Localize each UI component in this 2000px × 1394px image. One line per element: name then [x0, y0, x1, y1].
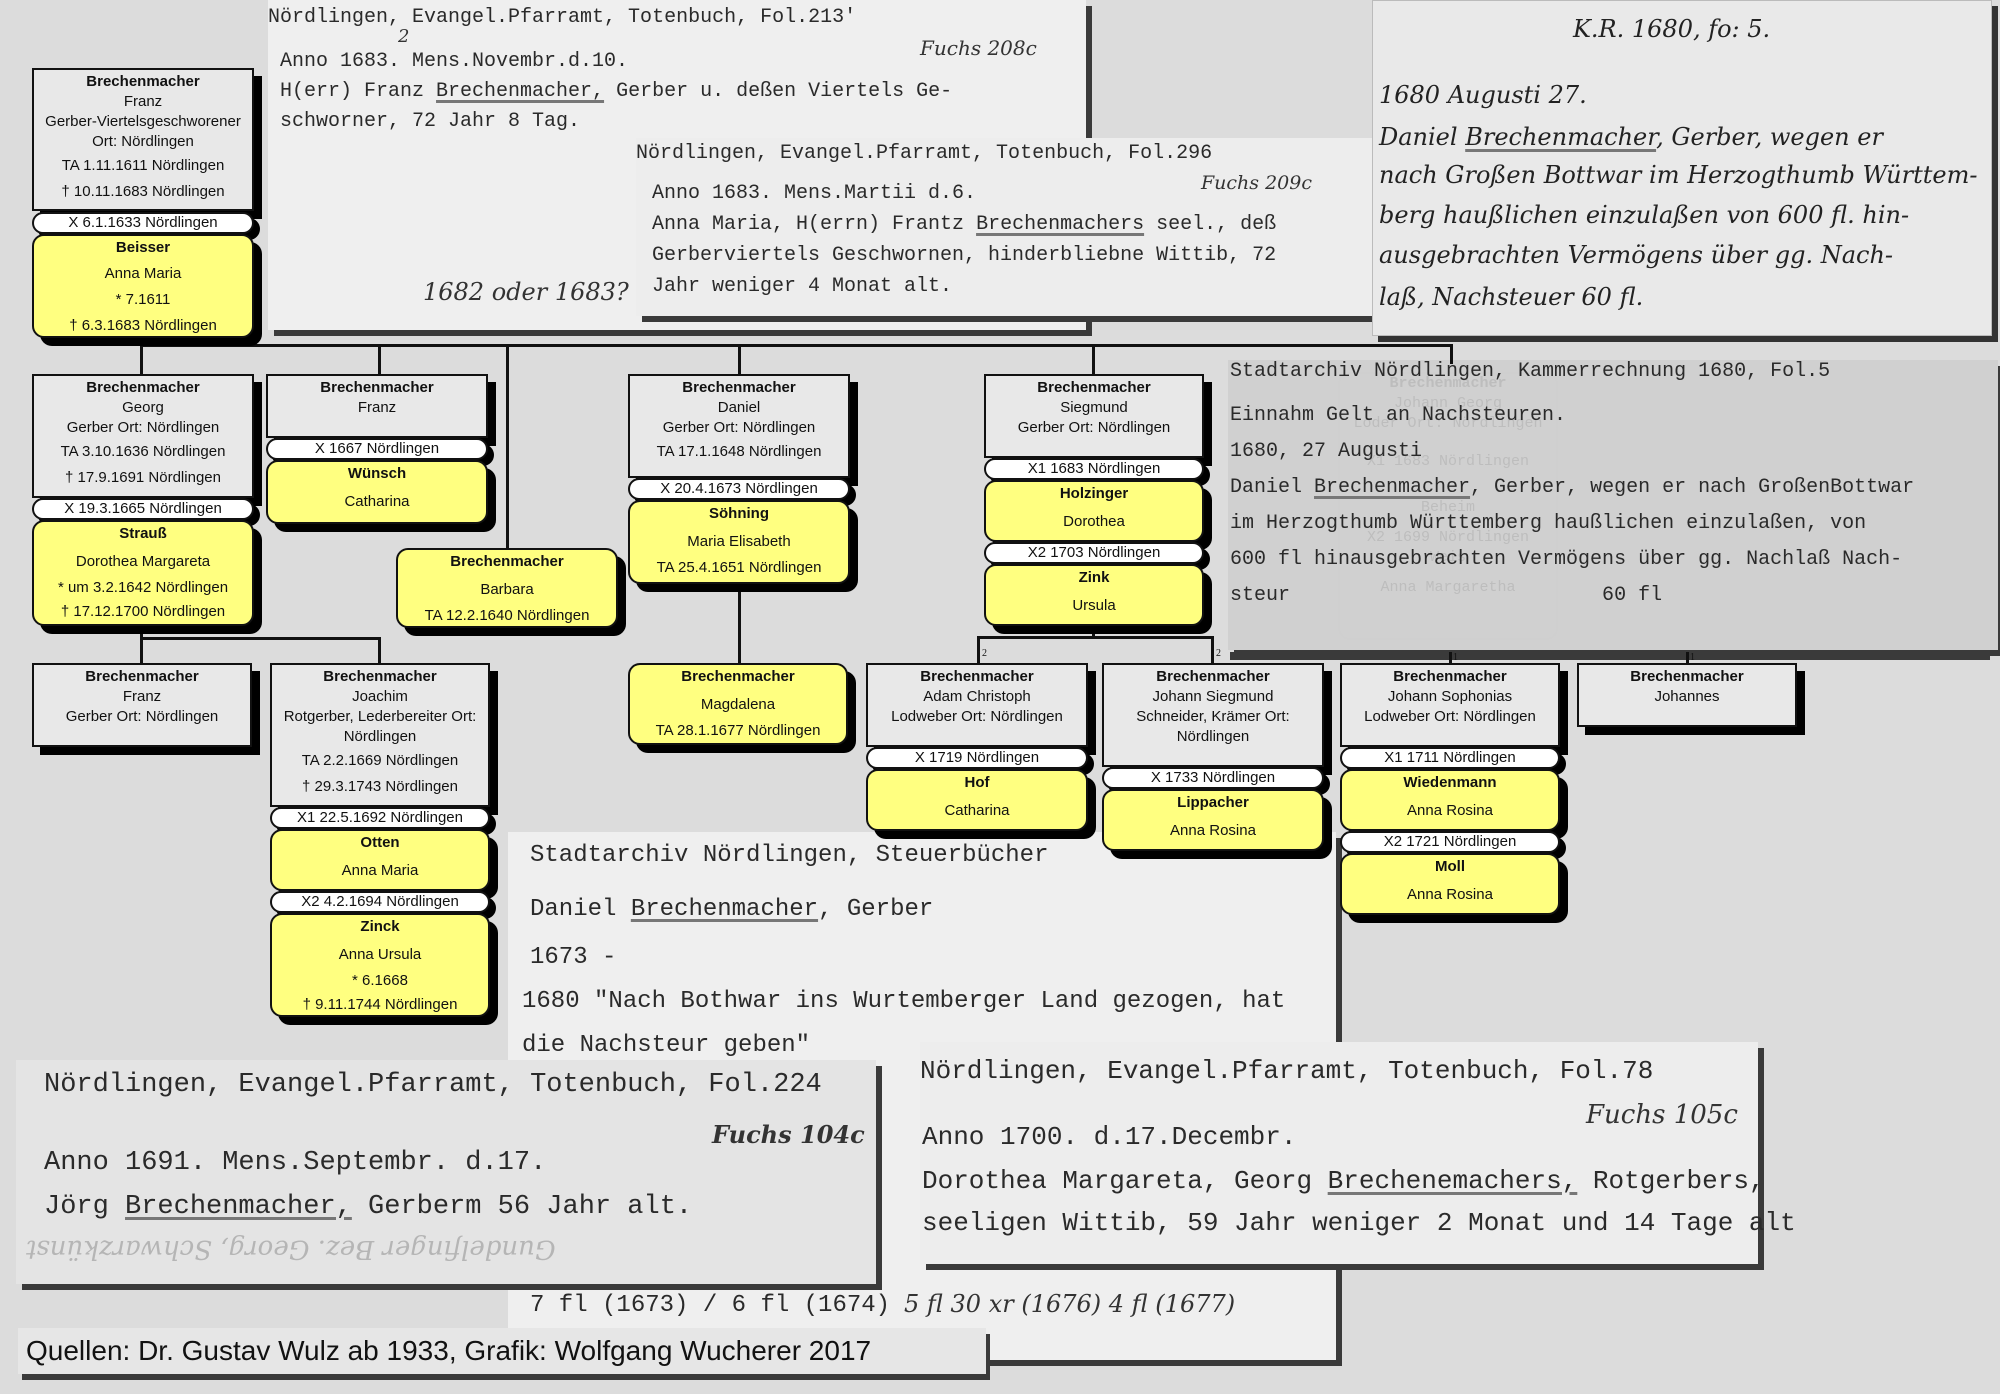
- occupation: Gerber Ort: Nördlingen: [34, 707, 250, 727]
- connector: [378, 637, 381, 665]
- spouse-hof[interactable]: Hof Catharina: [866, 769, 1088, 831]
- doc-archive-note: Fuchs 209c: [1201, 172, 1312, 194]
- document-totenbuch-224: Nördlingen, Evangel.Pfarramt, Totenbuch,…: [16, 1060, 876, 1284]
- person-magdalena[interactable]: Brechenmacher Magdalena TA 28.1.1677 Nör…: [628, 663, 848, 745]
- spouse-otten[interactable]: Otten Anna Maria: [270, 829, 490, 891]
- surname: Brechenmacher: [268, 378, 486, 398]
- given-name: Daniel: [630, 398, 848, 418]
- place: Ort: Nördlingen: [34, 132, 252, 152]
- doc-line: nach Großen Bottwar im Herzogthumb Württ…: [1379, 161, 1977, 189]
- doc-line: 1680 "Nach Bothwar ins Wurtemberger Land…: [522, 988, 1285, 1015]
- marriage-label: X1 22.5.1692 Nördlingen: [270, 807, 490, 829]
- given-name: Catharina: [268, 492, 486, 512]
- person-georg[interactable]: Brechenmacher Georg Gerber Ort: Nördling…: [32, 374, 254, 498]
- connector: [1230, 652, 1990, 660]
- doc-line: ausgebrachten Vermögens über gg. Nach-: [1379, 241, 1893, 269]
- parent-marker: 1: [1690, 652, 1695, 663]
- surname: Brechenmacher: [986, 378, 1202, 398]
- occupation: Gerber Ort: Nördlingen: [630, 418, 848, 438]
- doc-line: laß, Nachsteuer 60 fl.: [1379, 283, 1643, 311]
- surname: Brechenmacher: [630, 667, 846, 687]
- doc-tax-line: 7 fl (1673) / 6 fl (1674): [530, 1292, 890, 1319]
- doc-line: Anno 1700. d.17.Decembr.: [922, 1122, 1296, 1152]
- doc-margin-note: 1682 oder 1683?: [423, 278, 629, 306]
- doc-line: Jörg Brechenmacher, Gerberm 56 Jahr alt.: [44, 1192, 692, 1222]
- given-name: Barbara: [398, 580, 616, 600]
- person-adam-christoph[interactable]: Brechenmacher Adam Christoph Lodweber Or…: [866, 663, 1088, 747]
- doc-line: Einnahm Gelt an Nachsteuren.: [1230, 404, 1566, 427]
- death: † 29.3.1743 Nördlingen: [272, 777, 488, 797]
- person-siegmund[interactable]: Brechenmacher Siegmund Gerber Ort: Nördl…: [984, 374, 1204, 458]
- surname: Moll: [1342, 857, 1558, 877]
- doc-line: berg haußlichen einzulaßen von 600 fl. h…: [1379, 201, 1909, 229]
- doc-line: 1680 Augusti 27.: [1379, 81, 1587, 109]
- surname: Brechenmacher: [34, 667, 250, 687]
- surname: Brechenmacher: [34, 378, 252, 398]
- person-daniel[interactable]: Brechenmacher Daniel Gerber Ort: Nördlin…: [628, 374, 850, 478]
- doc-line: Daniel Brechenmacher, Gerber, wegen er n…: [1230, 476, 1914, 499]
- given-name: Johann Siegmund: [1104, 687, 1322, 707]
- parent-marker: 2: [1216, 648, 1221, 659]
- person-johann-siegmund[interactable]: Brechenmacher Johann Siegmund Schneider,…: [1102, 663, 1324, 767]
- place: Nördlingen: [272, 727, 488, 747]
- connector: [1211, 636, 1214, 665]
- marriage-label: X 1667 Nördlingen: [266, 438, 488, 460]
- doc-archive-note: Fuchs 105c: [1586, 1100, 1738, 1130]
- baptism: TA 1.11.1611 Nördlingen: [34, 156, 252, 176]
- given-name: Maria Elisabeth: [630, 532, 848, 552]
- connector: [140, 334, 143, 376]
- baptism: TA 2.2.1669 Nördlingen: [272, 751, 488, 771]
- given-name: Anna Rosina: [1342, 885, 1558, 905]
- marriage-label: X2 1721 Nördlingen: [1340, 831, 1560, 853]
- given-name: Siegmund: [986, 398, 1202, 418]
- doc-line: im Herzogthumb Württemberg haußlichen ei…: [1230, 512, 1866, 535]
- connector: [140, 625, 143, 665]
- given-name: Joachim: [272, 687, 488, 707]
- surname: Brechenmacher: [1342, 667, 1558, 687]
- connector: [1092, 344, 1095, 376]
- given-name: Anna Rosina: [1104, 821, 1322, 841]
- death: † 10.11.1683 Nördlingen: [34, 182, 252, 202]
- given-name: Adam Christoph: [868, 687, 1086, 707]
- marriage-label: X 20.4.1673 Nördlingen: [628, 478, 850, 500]
- doc-header: Nördlingen, Evangel.Pfarramt, Totenbuch,…: [268, 6, 856, 29]
- connector: [977, 636, 1214, 639]
- doc-archive-note: Fuchs 104c: [712, 1120, 865, 1149]
- doc-line: Gerberviertels Geschwornen, hinderbliebn…: [652, 244, 1276, 267]
- marriage-label: X2 4.2.1694 Nördlingen: [270, 891, 490, 913]
- doc-line: Anno 1683. Mens.Martii d.6.: [652, 182, 976, 205]
- given-name: Anna Maria: [272, 861, 488, 881]
- spouse-wuensch[interactable]: Wünsch Catharina: [266, 460, 488, 524]
- person-johannes[interactable]: Brechenmacher Johannes: [1577, 663, 1797, 727]
- death: † 17.9.1691 Nördlingen: [34, 468, 252, 488]
- person-franz-root[interactable]: Brechenmacher Franz Gerber-Viertelsgesch…: [32, 68, 254, 211]
- doc-line: seeligen Wittib, 59 Jahr weniger 2 Monat…: [922, 1208, 1796, 1238]
- marriage-label: X 6.1.1633 Nördlingen: [32, 212, 254, 234]
- doc-line: steur 60 fl: [1230, 584, 1662, 607]
- connector: [378, 344, 381, 376]
- person-franz-3[interactable]: Brechenmacher Franz Gerber Ort: Nördling…: [32, 663, 252, 747]
- doc-faint-note: Gundelfinger Bez. Georg, Schwarzkünst: [26, 1234, 556, 1264]
- marriage-label: X1 1711 Nördlingen: [1340, 747, 1560, 769]
- given-name: Anna Maria: [34, 264, 252, 284]
- surname: Brechenmacher: [1104, 667, 1322, 687]
- surname: Strauß: [34, 524, 252, 544]
- spouse-zink[interactable]: Zink Ursula: [984, 564, 1204, 626]
- marriage-label: X 1733 Nördlingen: [1102, 767, 1324, 789]
- occupation: Lodweber Ort: Nördlingen: [1342, 707, 1558, 727]
- given-name: Franz: [268, 398, 486, 418]
- person-barbara[interactable]: Brechenmacher Barbara TA 12.2.1640 Nördl…: [396, 548, 618, 628]
- doc-line: Daniel Brechenmacher, Gerber, wegen er: [1379, 123, 1883, 151]
- doc-header: Stadtarchiv Nördlingen, Kammerrechnung 1…: [1230, 360, 1830, 383]
- place: Nördlingen: [1104, 727, 1322, 747]
- given-name: Magdalena: [630, 695, 846, 715]
- given-name: Anna Ursula: [272, 945, 488, 965]
- connector: [738, 583, 741, 665]
- parent-marker: 2: [982, 648, 987, 659]
- surname: Brechenmacher: [398, 552, 616, 572]
- baptism: TA 25.4.1651 Nördlingen: [630, 558, 848, 578]
- surname: Beisser: [34, 238, 252, 258]
- given-name: Johann Sophonias: [1342, 687, 1558, 707]
- person-joachim[interactable]: Brechenmacher Joachim Rotgerber, Lederbe…: [270, 663, 490, 807]
- doc-line: Jahr weniger 4 Monat alt.: [652, 275, 952, 298]
- birth: * um 3.2.1642 Nördlingen: [34, 578, 252, 598]
- given-name: Johannes: [1579, 687, 1795, 707]
- marriage-label: X1 1683 Nördlingen: [984, 458, 1204, 480]
- connector-gen1: [140, 344, 1453, 347]
- doc-line: Anno 1683. Mens.Novembr.d.10.: [280, 50, 628, 73]
- doc-header: Stadtarchiv Nördlingen, Steuerbücher: [530, 842, 1048, 869]
- connector: [506, 344, 509, 549]
- occupation: Gerber-Viertelsgeschworener: [34, 112, 252, 132]
- doc-line: H(err) Franz Brechenmacher, Gerber u. de…: [280, 80, 952, 103]
- baptism: TA 17.1.1648 Nördlingen: [630, 442, 848, 462]
- occupation: Gerber Ort: Nördlingen: [34, 418, 252, 438]
- surname: Holzinger: [986, 484, 1202, 504]
- document-totenbuch-296: Nördlingen, Evangel.Pfarramt, Totenbuch,…: [636, 138, 1372, 316]
- surname: Söhning: [630, 504, 848, 524]
- spouse-wiedenmann[interactable]: Wiedenmann Anna Rosina: [1340, 769, 1560, 831]
- given-name: Catharina: [868, 801, 1086, 821]
- death: † 17.12.1700 Nördlingen: [34, 602, 252, 622]
- doc-line: schworner, 72 Jahr 8 Tag.: [280, 110, 580, 133]
- doc-line: 600 fl hinausgebrachten Vermögens über g…: [1230, 548, 1902, 571]
- marriage-label: X 1719 Nördlingen: [866, 747, 1088, 769]
- birth: * 6.1668: [272, 971, 488, 991]
- doc-header: Nördlingen, Evangel.Pfarramt, Totenbuch,…: [44, 1070, 822, 1100]
- connector: [977, 636, 980, 665]
- doc-header: Nördlingen, Evangel.Pfarramt, Totenbuch,…: [920, 1056, 1653, 1086]
- surname: Wiedenmann: [1342, 773, 1558, 793]
- surname: Hof: [868, 773, 1086, 793]
- connector: [738, 344, 741, 376]
- connector: [1450, 344, 1453, 364]
- surname: Lippacher: [1104, 793, 1322, 813]
- doc-line: die Nachsteur geben": [522, 1032, 810, 1059]
- document-totenbuch-78: Nördlingen, Evangel.Pfarramt, Totenbuch,…: [920, 1042, 1758, 1264]
- doc-line: Anna Maria, H(errn) Frantz Brechenmacher…: [652, 213, 1276, 236]
- document-handwritten-kr-1680: K.R. 1680, fo: 5. 1680 Augusti 27. Danie…: [1372, 0, 1992, 336]
- occupation: Rotgerber, Lederbereiter Ort:: [272, 707, 488, 727]
- given-name: Dorothea: [986, 512, 1202, 532]
- given-name: Ursula: [986, 596, 1202, 616]
- spouse-beisser[interactable]: Beisser Anna Maria * 7.1611 † 6.3.1683 N…: [32, 234, 254, 338]
- death: † 6.3.1683 Nördlingen: [34, 316, 252, 336]
- spouse-zinck[interactable]: Zinck Anna Ursula * 6.1668 † 9.11.1744 N…: [270, 913, 490, 1017]
- marriage-label: X 19.3.1665 Nördlingen: [32, 498, 254, 520]
- surname: Brechenmacher: [1579, 667, 1795, 687]
- surname: Brechenmacher: [630, 378, 848, 398]
- surname: Brechenmacher: [272, 667, 488, 687]
- given-name: Franz: [34, 92, 252, 112]
- death: † 9.11.1744 Nördlingen: [272, 995, 488, 1015]
- doc-correction: 2: [398, 26, 409, 47]
- marriage-label: X2 1703 Nördlingen: [984, 542, 1204, 564]
- spouse-soehning[interactable]: Söhning Maria Elisabeth TA 25.4.1651 Nör…: [628, 500, 850, 584]
- spouse-lippacher[interactable]: Lippacher Anna Rosina: [1102, 789, 1324, 851]
- credits-footer: Quellen: Dr. Gustav Wulz ab 1933, Grafik…: [18, 1328, 986, 1374]
- connector: [140, 637, 381, 640]
- document-kammerrechnung: Brechenmacher Johann Georg Loder Ort: Nö…: [1228, 360, 1998, 650]
- birth: * 7.1611: [34, 290, 252, 310]
- person-johann-sophonias[interactable]: Brechenmacher Johann Sophonias Lodweber …: [1340, 663, 1560, 747]
- surname: Zink: [986, 568, 1202, 588]
- surname: Brechenmacher: [34, 72, 252, 92]
- doc-tax-line-handwritten: 5 fl 30 xr (1676) 4 fl (1677): [904, 1290, 1235, 1318]
- surname: Wünsch: [268, 464, 486, 484]
- doc-archive-note: Fuchs 208c: [920, 36, 1037, 60]
- spouse-moll[interactable]: Moll Anna Rosina: [1340, 853, 1560, 915]
- doc-line: Daniel Brechenmacher, Gerber: [530, 896, 933, 923]
- surname: Otten: [272, 833, 488, 853]
- surname: Zinck: [272, 917, 488, 937]
- baptism: TA 12.2.1640 Nördlingen: [398, 606, 616, 626]
- spouse-holzinger[interactable]: Holzinger Dorothea: [984, 480, 1204, 542]
- doc-line: Anno 1691. Mens.Septembr. d.17.: [44, 1148, 546, 1178]
- occupation: Gerber Ort: Nördlingen: [986, 418, 1202, 438]
- person-franz-2[interactable]: Brechenmacher Franz: [266, 374, 488, 438]
- spouse-strauss[interactable]: Strauß Dorothea Margareta * um 3.2.1642 …: [32, 520, 254, 626]
- surname: Brechenmacher: [868, 667, 1086, 687]
- given-name: Georg: [34, 398, 252, 418]
- doc-line: 1673 -: [530, 944, 616, 971]
- parent-marker: 1: [1453, 652, 1458, 663]
- doc-line: Dorothea Margareta, Georg Brechenemacher…: [922, 1166, 1765, 1196]
- baptism: TA 28.1.1677 Nördlingen: [630, 721, 846, 741]
- doc-header: Nördlingen, Evangel.Pfarramt, Totenbuch,…: [636, 142, 1212, 165]
- given-name: Franz: [34, 687, 250, 707]
- baptism: TA 3.10.1636 Nördlingen: [34, 442, 252, 462]
- doc-header: K.R. 1680, fo: 5.: [1573, 15, 1770, 43]
- occupation: Lodweber Ort: Nördlingen: [868, 707, 1086, 727]
- given-name: Anna Rosina: [1342, 801, 1558, 821]
- given-name: Dorothea Margareta: [34, 552, 252, 572]
- occupation: Schneider, Krämer Ort:: [1104, 707, 1322, 727]
- doc-line: 1680, 27 Augusti: [1230, 440, 1422, 463]
